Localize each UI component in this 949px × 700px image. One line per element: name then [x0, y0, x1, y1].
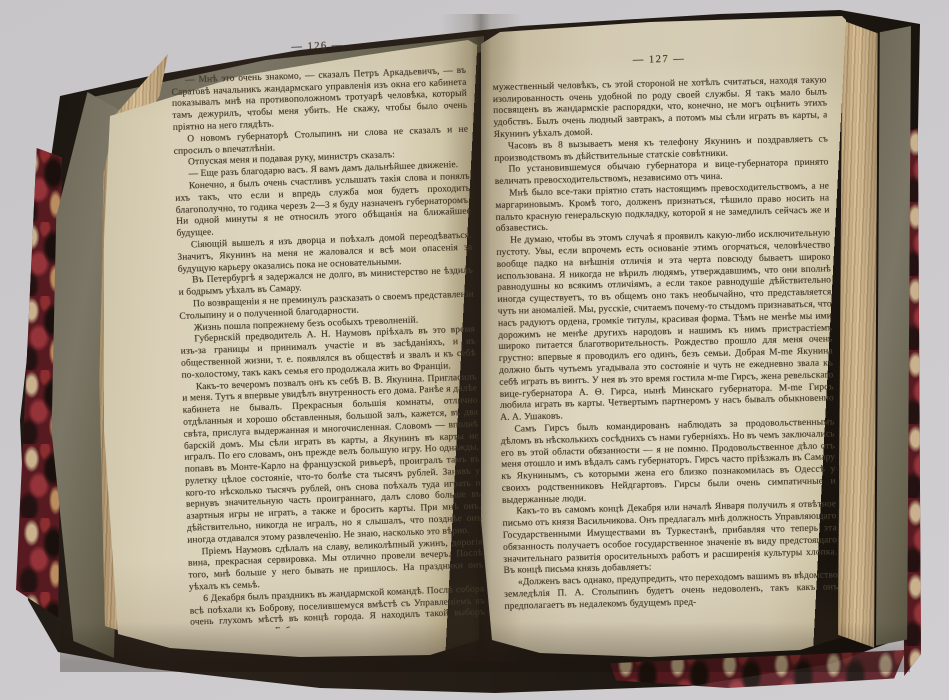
paragraph: «Долженъ васъ однако, предупредить, что … [504, 571, 839, 614]
page-body-right: мужественный человѣкъ, съ этой стороной … [493, 75, 839, 613]
page-number-left: — 126 — [170, 36, 465, 58]
photo-backdrop: — 126 — — Мнѣ это очень знакомо, — сказа… [0, 0, 949, 700]
page-text-left: — 126 — — Мнѣ это очень знакомо, — сказа… [170, 36, 485, 632]
paragraph: Не думаю, чтобы въ этомъ случаѣ я прояви… [496, 229, 834, 425]
paragraph: мужественный человѣкъ, съ этой стороной … [493, 75, 828, 142]
paragraph: Какъ-то въ самомъ концѣ Декабря или нача… [502, 500, 838, 578]
paragraph: Самъ Гирсъ былъ командированъ наблюдать … [500, 417, 836, 507]
paragraph: Конечно, я былъ очень счастливъ услышать… [175, 172, 472, 241]
paragraph: Мнѣ было все-таки пріятно стать настоящи… [495, 181, 830, 236]
paragraph: Какъ-то вечеромъ позвалъ онъ къ себѣ В. … [182, 372, 483, 547]
page-text-right: — 127 — мужественный человѣкъ, съ этой с… [492, 50, 839, 631]
paragraph: — Мнѣ это очень знакомо, — сказалъ Петръ… [171, 65, 468, 134]
page-body-left: — Мнѣ это очень знакомо, — сказалъ Петръ… [171, 65, 485, 631]
